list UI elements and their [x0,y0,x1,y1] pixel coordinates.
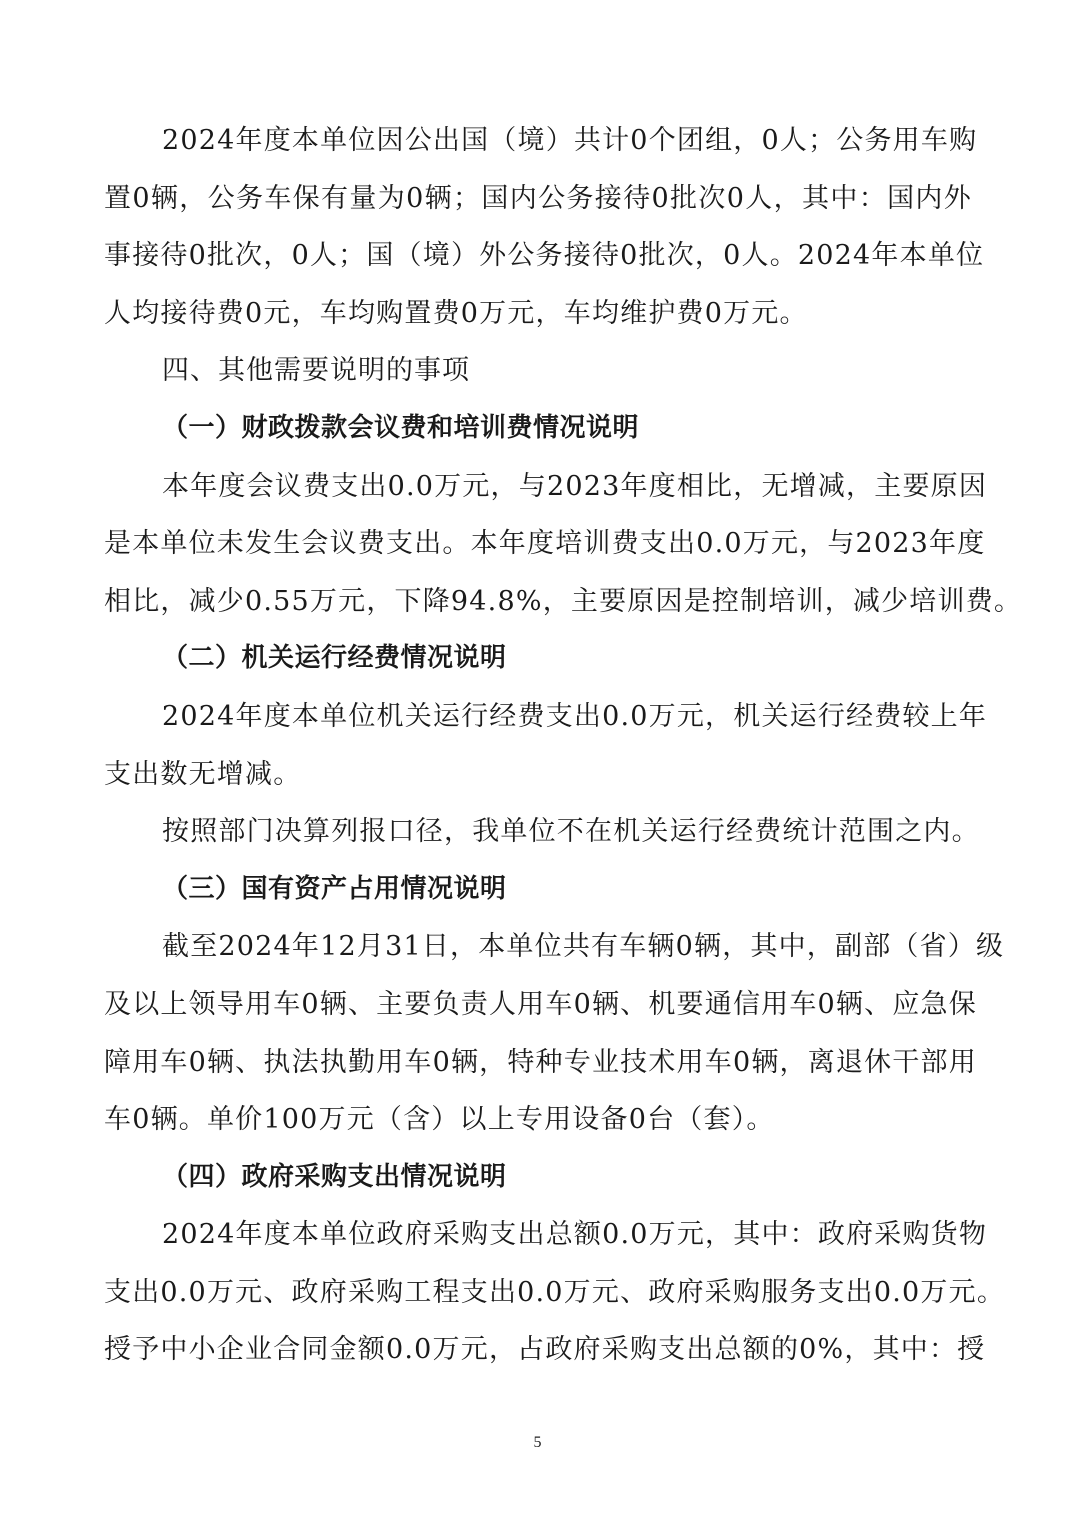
paragraph-line: 人均接待费0元，车均购置费0万元，车均维护费0万元。 [104,285,972,343]
paragraph-line: 车0辆。单价100万元（含）以上专用设备0台（套）。 [104,1091,972,1149]
subheading-meeting-training-fees: （一）财政拨款会议费和培训费情况说明 [104,400,972,458]
paragraph-line: 支出数无增减。 [104,746,972,804]
paragraph-line: 障用车0辆、执法执勤用车0辆，特种专业技术用车0辆，离退休干部用 [104,1034,972,1092]
document-page: 2024年度本单位因公出国（境）共计0个团组，0人；公务用车购 置0辆，公务车保… [104,112,972,1379]
subheading-government-procurement: （四）政府采购支出情况说明 [104,1149,972,1207]
paragraph-line: 按照部门决算列报口径，我单位不在机关运行经费统计范围之内。 [104,803,972,861]
paragraph-line: 2024年度本单位机关运行经费支出0.0万元，机关运行经费较上年 [104,688,972,746]
section-heading-other-matters: 四、其他需要说明的事项 [104,342,972,400]
paragraph-line: 置0辆，公务车保有量为0辆；国内公务接待0批次0人，其中：国内外 [104,170,972,228]
subheading-operating-expenses: （二）机关运行经费情况说明 [104,630,972,688]
paragraph-line: 是本单位未发生会议费支出。本年度培训费支出0.0万元，与2023年度 [104,515,972,573]
paragraph-line: 截至2024年12月31日，本单位共有车辆0辆，其中，副部（省）级 [104,918,972,976]
paragraph-line: 2024年度本单位因公出国（境）共计0个团组，0人；公务用车购 [104,112,972,170]
page-number: 5 [0,1434,1075,1452]
subheading-state-assets: （三）国有资产占用情况说明 [104,861,972,919]
paragraph-line: 相比，减少0.55万元，下降94.8%，主要原因是控制培训，减少培训费。 [104,573,972,631]
paragraph-line: 2024年度本单位政府采购支出总额0.0万元，其中：政府采购货物 [104,1206,972,1264]
paragraph-line: 及以上领导用车0辆、主要负责人用车0辆、机要通信用车0辆、应急保 [104,976,972,1034]
paragraph-line: 授予中小企业合同金额0.0万元，占政府采购支出总额的0%，其中：授 [104,1321,972,1379]
paragraph-line: 事接待0批次，0人；国（境）外公务接待0批次，0人。2024年本单位 [104,227,972,285]
paragraph-line: 本年度会议费支出0.0万元，与2023年度相比，无增减，主要原因 [104,458,972,516]
paragraph-line: 支出0.0万元、政府采购工程支出0.0万元、政府采购服务支出0.0万元。 [104,1264,972,1322]
